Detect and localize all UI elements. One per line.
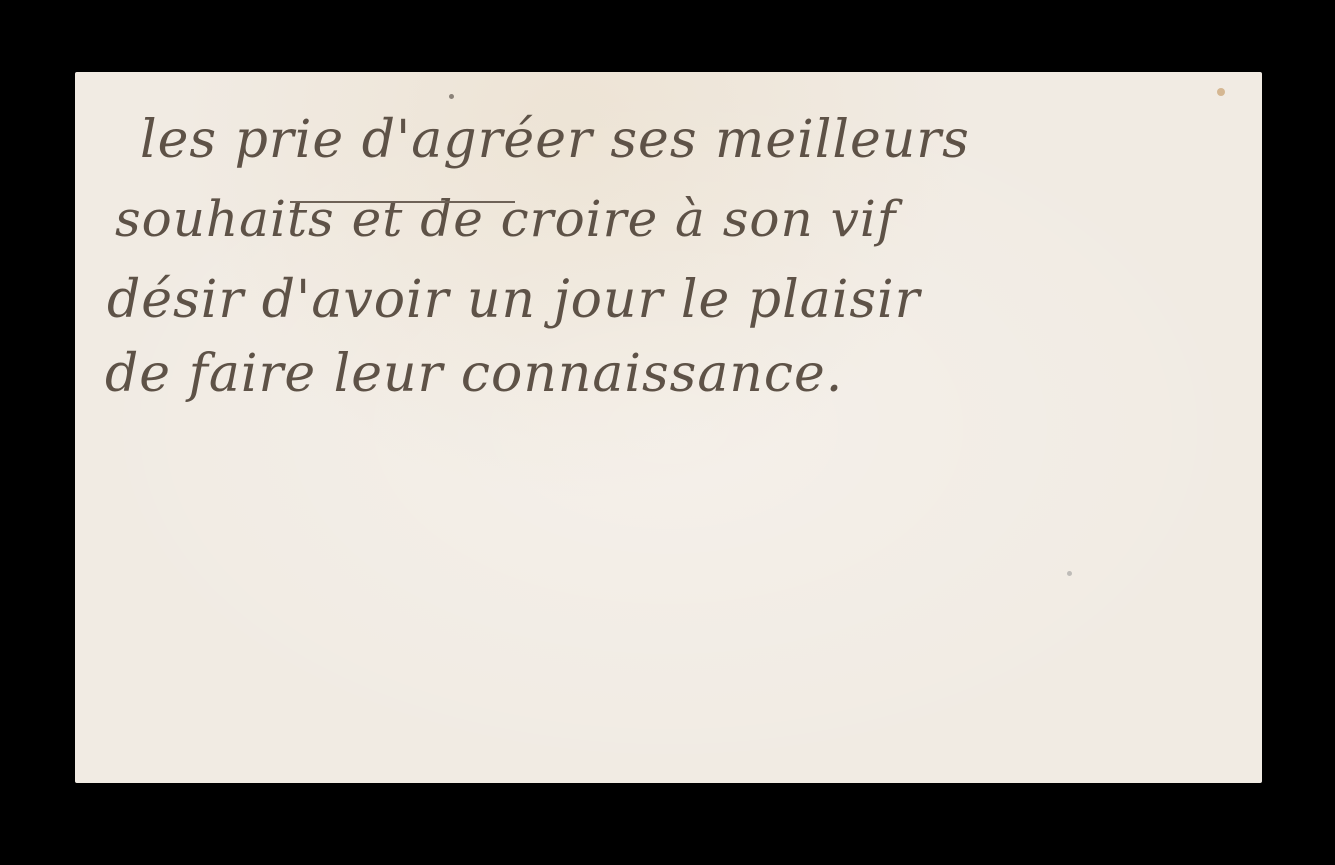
strike-through bbox=[290, 201, 515, 203]
text-line-3: désir d'avoir un jour le plaisir bbox=[107, 270, 921, 330]
ink-dot bbox=[449, 94, 454, 99]
text-line-1: les prie d'agréer ses meilleurs bbox=[140, 110, 970, 170]
handwritten-card: les prie d'agréer ses meilleurs souhaits… bbox=[75, 72, 1262, 783]
stain-spot bbox=[1217, 88, 1225, 96]
stain-spot bbox=[1067, 571, 1072, 576]
text-line-4: de faire leur connaissance. bbox=[105, 344, 843, 404]
text-line-2: souhaits et de croire à son vif bbox=[115, 190, 896, 248]
